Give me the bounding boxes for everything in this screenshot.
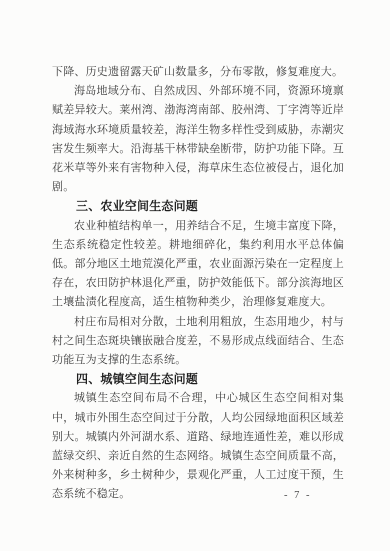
section-heading-urban-space: 四、城镇空间生态问题 bbox=[52, 370, 344, 389]
body-paragraph-urban-space: 城镇生态空间布局不合理，中心城区生态空间相对集中，城市外围生态空间过于分散，人均… bbox=[52, 389, 344, 504]
body-paragraph-marine-space: 海岛地域分布、自然成因、外部环境不同，资源环境禀赋差异较大。莱州湾、渤海湾南部、… bbox=[52, 82, 344, 197]
body-paragraph-village-layout: 村庄布局相对分散，土地利用粗放，生态用地少，村与村之间生态斑块镶嵌融合度差，不易… bbox=[52, 313, 344, 371]
body-paragraph-continuation: 下降、历史遗留露天矿山数量多，分布零散，修复难度大。 bbox=[52, 63, 344, 82]
body-paragraph-agricultural-space: 农业种植结构单一，用养结合不足，生境丰富度下降，生态系统稳定性较差。耕地细碎化，… bbox=[52, 217, 344, 313]
document-body: 下降、历史遗留露天矿山数量多，分布零散，修复难度大。 海岛地域分布、自然成因、外… bbox=[52, 63, 344, 505]
document-page: 下降、历史遗留露天矿山数量多，分布零散，修复难度大。 海岛地域分布、自然成因、外… bbox=[0, 0, 390, 551]
section-heading-agricultural-space: 三、农业空间生态问题 bbox=[52, 197, 344, 216]
page-number: - 7 - bbox=[284, 490, 312, 501]
